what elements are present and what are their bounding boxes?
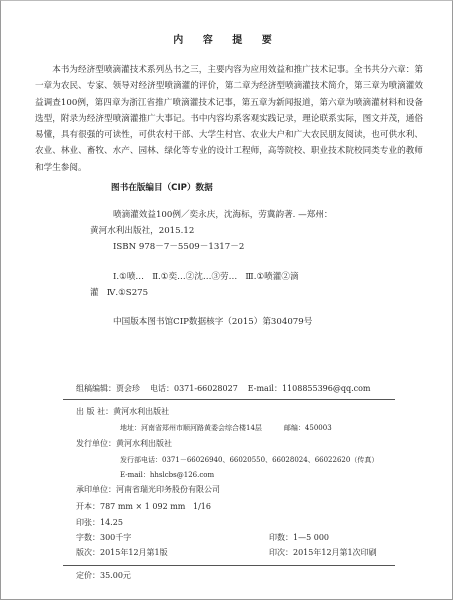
sheets-value: 14.25 [100, 518, 123, 527]
distributor-email: hhslcbs@126.com [150, 471, 214, 479]
format-row: 开本：787 mm × 1 092 mm 1/16 [76, 501, 211, 512]
phone-label: 电话： [150, 384, 174, 393]
editor-label: 组稿编辑： [76, 384, 116, 393]
postcode-label: 邮编： [284, 424, 305, 432]
editor-phone: 0371-66028027 [174, 384, 238, 393]
email-label: E-mail： [248, 384, 282, 393]
sheets-label: 印张： [76, 518, 100, 527]
printer-row: 承印单位：河南省瑞光印务股份有限公司 [76, 484, 220, 495]
sheets-row: 印张：14.25 [76, 517, 123, 528]
cip-class-line2: 灌 Ⅳ.①S275 [90, 285, 390, 301]
cip-line1: 喷滴灌效益100例／奕永庆，沈海标，劳冀韵著. —郑州： [90, 207, 390, 223]
distributor-phone: 0371－66026940、66020550、66028024、66022620… [162, 456, 378, 464]
address-row: 地址：河南省郑州市顺河路黄委会综合楼14层邮编：450003 [120, 423, 332, 433]
publisher-name: 黄河水利出版社 [113, 407, 169, 416]
printer-name: 河南省瑞光印务股份有限公司 [116, 485, 220, 494]
price-label: 定价： [76, 571, 100, 580]
distributor-name: 黄河水利出版社 [116, 439, 172, 448]
price-row: 定价：35.00元 [76, 570, 131, 581]
edition-value: 2015年12月第1版 [100, 548, 168, 557]
print-count-label: 印数： [269, 533, 293, 542]
distributor-row: 发行单位：黄河水利出版社 [76, 438, 172, 449]
cip-heading: 图书在版编目（CIP）数据 [111, 181, 213, 193]
words-label: 字数： [76, 533, 100, 542]
printing-label: 印次： [269, 548, 293, 557]
print-count-row: 印数：1—5 000 [269, 532, 329, 543]
format-label: 开本： [76, 502, 100, 511]
distributor-label: 发行单位： [76, 439, 116, 448]
words-value: 300千字 [100, 533, 131, 542]
distributor-email-row: E-mail：hhslcbs@126.com [120, 470, 214, 480]
cip-record-number: 中国版本图书馆CIP数据核字（2015）第304079号 [90, 314, 390, 330]
divider-top [63, 399, 395, 400]
cip-line2: 黄河水利出版社，2015.12 [90, 223, 390, 239]
edition-label: 版次： [76, 548, 100, 557]
printer-label: 承印单位： [76, 485, 116, 494]
editor-email: 1108855396@qq.com [282, 384, 371, 393]
publisher-label: 出 版 社： [76, 407, 113, 416]
editor-name: 贾会珍 [116, 384, 140, 393]
summary-abstract: 本书为经济型喷滴灌技术系列丛书之三，主要内容为应用效益和推广技术记事。全书共分六… [35, 62, 423, 176]
distributor-email-label: E-mail： [120, 471, 150, 479]
cip-isbn: ISBN 978－7－5509－1317－2 [90, 239, 390, 255]
printing-value: 2015年12月第1次印刷 [293, 548, 377, 557]
postcode: 450003 [305, 424, 332, 432]
cip-classification: Ⅰ.①喷… Ⅱ.①奕…②沈…③劳… Ⅲ.①喷灌②滴 灌 Ⅳ.①S275 [90, 269, 390, 301]
print-count-value: 1—5 000 [293, 533, 329, 542]
edition-row: 版次：2015年12月第1版 [76, 547, 168, 558]
distributor-phone-label: 发行部电话： [120, 456, 162, 464]
format-value: 787 mm × 1 092 mm 1/16 [100, 502, 211, 511]
address: 河南省郑州市顺河路黄委会综合楼14层 [141, 424, 262, 432]
cip-citation: 喷滴灌效益100例／奕永庆，沈海标，劳冀韵著. —郑州： 黄河水利出版社，201… [90, 207, 390, 255]
cip-record: 中国版本图书馆CIP数据核字（2015）第304079号 [90, 314, 390, 330]
summary-paragraph: 本书为经济型喷滴灌技术系列丛书之三，主要内容为应用效益和推广技术记事。全书共分六… [35, 62, 423, 176]
publisher-row: 出 版 社：黄河水利出版社 [76, 406, 169, 417]
divider-bottom [63, 565, 395, 566]
address-label: 地址： [120, 424, 141, 432]
price-value: 35.00元 [100, 571, 131, 580]
editor-line: 组稿编辑：贾会珍电话：0371-66028027E-mail：110885539… [76, 383, 371, 394]
summary-title: 内 容 提 要 [0, 31, 453, 46]
words-row: 字数：300千字 [76, 532, 131, 543]
distributor-phone-row: 发行部电话：0371－66026940、66020550、66028024、66… [120, 455, 378, 465]
printing-row: 印次：2015年12月第1次印刷 [269, 547, 377, 558]
cip-class-line1: Ⅰ.①喷… Ⅱ.①奕…②沈…③劳… Ⅲ.①喷灌②滴 [90, 269, 390, 285]
